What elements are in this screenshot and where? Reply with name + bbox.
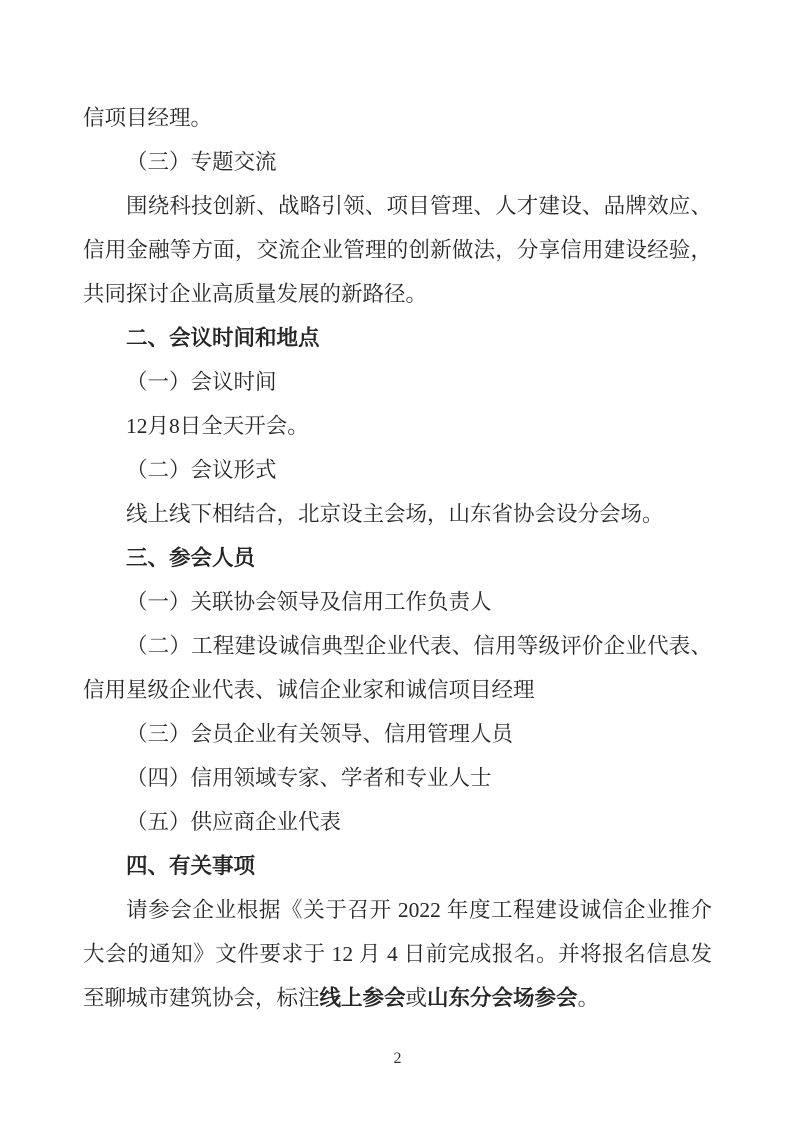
attendee-item-2: （二）工程建设诚信典型企业代表、信用等级评价企业代表、信用星级企业代表、诚信企业… — [83, 624, 712, 712]
attendee-item-4: （四）信用领域专家、学者和专业人士 — [83, 756, 712, 800]
document-page: { "colors": { "page_background": "#fffff… — [0, 0, 795, 1123]
attendee-item-5: （五）供应商企业代表 — [83, 800, 712, 844]
meeting-time-value: 12月8日全天开会。 — [83, 404, 712, 448]
section-2-heading-time-place: 二、会议时间和地点 — [83, 316, 712, 360]
attendee-item-3: （三）会员企业有关领导、信用管理人员 — [83, 712, 712, 756]
notice-connector: 或 — [406, 986, 428, 1010]
paragraph-continuation: 信项目经理。 — [83, 96, 712, 140]
page-number: 2 — [0, 1049, 795, 1069]
registration-notice-paragraph: 请参会企业根据《关于召开 2022 年度工程建设诚信企业推介大会的通知》文件要求… — [83, 888, 712, 1020]
item-1-meeting-time-label: （一）会议时间 — [83, 360, 712, 404]
item-2-meeting-format-label: （二）会议形式 — [83, 448, 712, 492]
document-body: 信项目经理。 （三）专题交流 围绕科技创新、战略引领、项目管理、人才建设、品牌效… — [83, 96, 712, 1020]
notice-terminal-punctuation: 。 — [578, 986, 600, 1010]
section-3-heading-attendees: 三、参会人员 — [83, 536, 712, 580]
attendee-item-1: （一）关联协会领导及信用工作负责人 — [83, 580, 712, 624]
section-4-heading-matters: 四、有关事项 — [83, 844, 712, 888]
topic-exchange-description: 围绕科技创新、战略引领、项目管理、人才建设、品牌效应、信用金融等方面，交流企业管… — [83, 184, 712, 316]
item-3-topic-exchange: （三）专题交流 — [83, 140, 712, 184]
notice-emphasis-online: 线上参会 — [320, 986, 406, 1010]
meeting-format-value: 线上线下相结合，北京设主会场，山东省协会设分会场。 — [83, 492, 712, 536]
notice-emphasis-branch-venue: 山东分会场参会 — [427, 986, 578, 1010]
